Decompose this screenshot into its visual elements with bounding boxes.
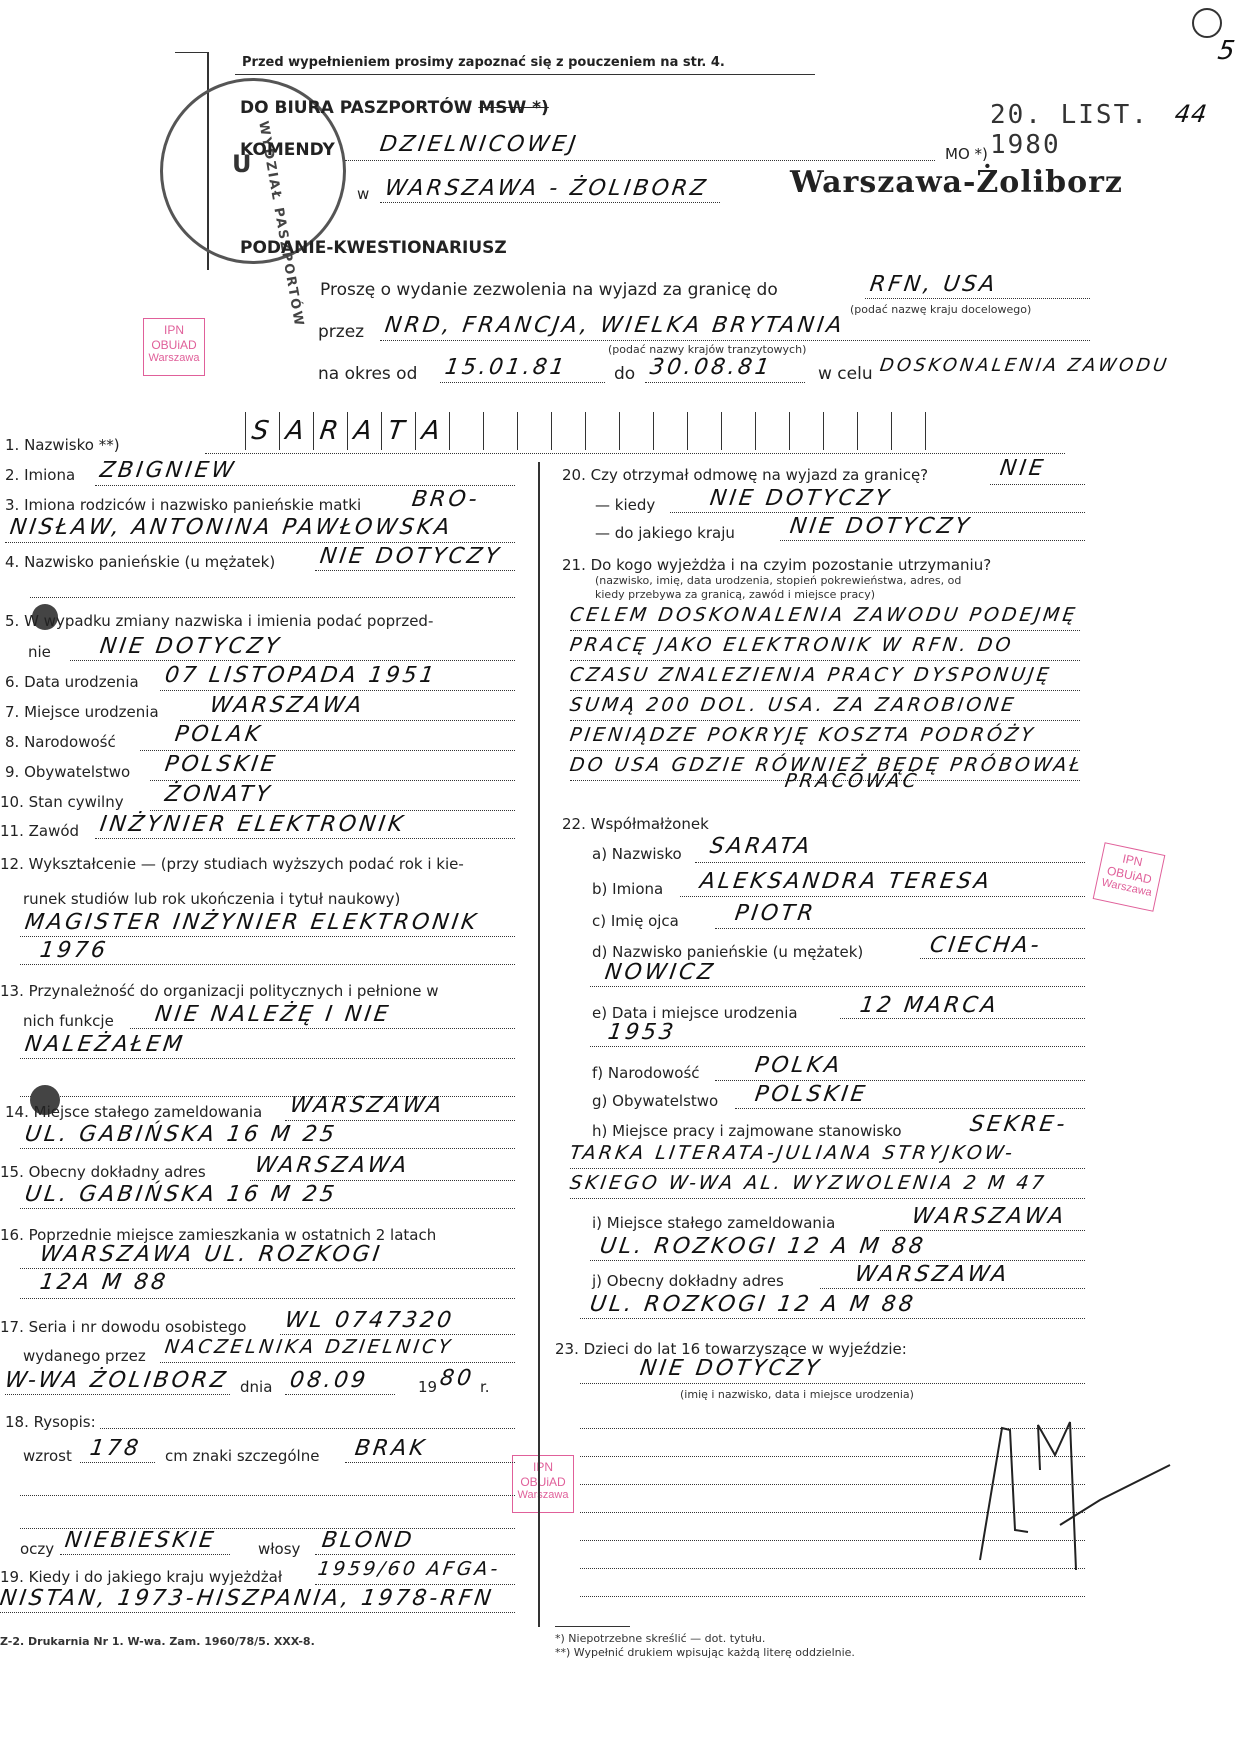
f22h-value2[interactable]: TARKA LITERATA-JULIANA STRYJKOW- [568, 1142, 1016, 1164]
f22d-line1 [920, 958, 1085, 959]
f20-label: 20. Czy otrzymał odmowę na wyjazd za gra… [562, 466, 928, 484]
period-to[interactable]: 30.08.81 [648, 355, 773, 380]
f16-value2[interactable]: 12A M 88 [38, 1270, 170, 1295]
f3-value1[interactable]: BRO- [410, 487, 481, 512]
f1-line [205, 453, 1065, 454]
f12-label: 12. Wykształcenie — (przy studiach wyższ… [0, 855, 464, 873]
f18-hair-line [315, 1554, 515, 1555]
letter-box [891, 412, 892, 450]
f17-label: 17. Seria i nr dowodu osobistego [0, 1318, 246, 1336]
f12-value2[interactable]: 1976 [38, 938, 110, 963]
f18-eyes-value[interactable]: NIEBIESKIE [63, 1528, 218, 1553]
purpose-value[interactable]: DOSKONALENIA ZAWODU [879, 355, 1171, 376]
f20-when-value[interactable]: NIE DOTYCZY [708, 486, 893, 511]
instruction-text: Przed wypełnieniem prosimy zapoznać się … [242, 55, 725, 70]
surname-letter: T [386, 416, 409, 446]
f15-line2 [20, 1208, 515, 1209]
via-label: przez [318, 322, 364, 342]
footnote-2: **) Wypełnić drukiem wpisując każdą lite… [555, 1646, 855, 1659]
margin-tick [175, 52, 207, 53]
f23-hint: (imię i nazwisko, data i miejsce urodzen… [680, 1388, 914, 1401]
f10-line [150, 810, 515, 811]
f12-line2 [20, 964, 515, 965]
transit-value[interactable]: NRD, FRANCJA, WIELKA BRYTANIA [383, 313, 846, 338]
letter-box [687, 412, 688, 450]
f21-answer-line: PIENIĄDZE POKRYJĘ KOSZTA PODRÓŻY [568, 724, 1037, 746]
letter-box [517, 412, 518, 450]
f19-label: 19. Kiedy i do jakiego kraju wyjeżdżał [0, 1568, 282, 1586]
f22h-value3[interactable]: SKIEGO W-WA AL. WYZWOLENIA 2 M 47 [568, 1172, 1048, 1194]
f21-label: 21. Do kogo wyjeżdża i na czyim pozostan… [562, 556, 991, 574]
printer-note: Z-2. Drukarnia Nr 1. W-wa. Zam. 1960/78/… [0, 1635, 315, 1648]
f5-value[interactable]: NIE DOTYCZY [98, 634, 283, 659]
f22d-line2 [590, 986, 1085, 987]
f22d-label: d) Nazwisko panieńskie (u mężatek) [592, 943, 863, 961]
letter-box [245, 412, 246, 450]
letter-box [551, 412, 552, 450]
f22f-value[interactable]: POLKA [753, 1053, 844, 1078]
f14-label: 14. Miejsce stałego zameldowania [5, 1103, 262, 1121]
surname-letter: R [318, 416, 343, 446]
f22e-line1 [840, 1018, 1085, 1019]
letter-box [619, 412, 620, 450]
komendy-line [345, 160, 935, 161]
f22i-line2 [590, 1260, 1085, 1261]
f12-line1 [20, 936, 515, 937]
letter-box [857, 412, 858, 450]
office-line: DO BIURA PASZPORTÓW MSW *) [240, 98, 549, 118]
letter-box [721, 412, 722, 450]
f18-eyes-label: oczy [20, 1540, 54, 1558]
footnote-rule [555, 1626, 630, 1627]
f22a-label: a) Nazwisko [592, 845, 682, 863]
f22j-label: j) Obecny dokładny adres [592, 1272, 784, 1290]
f22g-label: g) Obywatelstwo [592, 1092, 718, 1110]
f4-value[interactable]: NIE DOTYCZY [318, 544, 503, 569]
f17-date-label: dnia [240, 1378, 272, 1396]
f22h-line2 [570, 1168, 1085, 1169]
f8-value[interactable]: POLAK [173, 722, 264, 747]
f12-value1[interactable]: MAGISTER INŻYNIER ELEKTRONIK [23, 910, 480, 935]
komendy-value[interactable]: DZIELNICOWEJ [378, 132, 580, 157]
destination-hint: (podać nazwę kraju docelowego) [850, 303, 1031, 316]
f5-line [70, 660, 515, 661]
f21-rule [570, 720, 1080, 721]
instruction-underline [235, 74, 815, 75]
footnote-1: *) Niepotrzebne skreślić — dot. tytułu. [555, 1632, 765, 1645]
f20-value[interactable]: NIE [998, 456, 1047, 481]
f22j-value1[interactable]: WARSZAWA [853, 1262, 1011, 1287]
district-stamp: Warszawa-Żoliborz [790, 165, 1123, 200]
f15-value1[interactable]: WARSZAWA [253, 1153, 411, 1178]
f22i-label: i) Miejsce stałego zameldowania [592, 1214, 835, 1232]
f18-marks-line [345, 1462, 515, 1463]
f21-hint1: (nazwisko, imię, data urodzenia, stopień… [595, 574, 961, 587]
ipn-stamp-right: IPN OBUiAD Warszawa [1093, 842, 1166, 912]
corner-number: 5 [1216, 36, 1237, 66]
f22b-value[interactable]: ALEKSANDRA TERESA [698, 869, 993, 894]
f22e-value2[interactable]: 1953 [606, 1020, 678, 1045]
f22i-value2[interactable]: UL. ROZKOGI 12 A M 88 [598, 1234, 927, 1259]
f10-label: 10. Stan cywilny [0, 793, 124, 811]
f14-value1[interactable]: WARSZAWA [288, 1093, 446, 1118]
f3-line [5, 542, 515, 543]
f18-hair-label: włosy [258, 1540, 300, 1558]
signature [940, 1410, 1180, 1580]
f17-year-suffix: r. [480, 1378, 490, 1396]
f17-issued-line2 [5, 1394, 230, 1395]
f22a-value[interactable]: SARATA [708, 834, 814, 859]
f12-label2: runek studiów lub rok ukończenia i tytuł… [23, 890, 400, 908]
letter-box [381, 412, 382, 450]
f5-label2: nie [28, 643, 51, 661]
f21-answer-line: CELEM DOSKONALENIA ZAWODU PODEJMĘ [568, 604, 1079, 626]
f13-label: 13. Przynależność do organizacji polityc… [0, 982, 439, 1000]
period-to-line [645, 382, 805, 383]
f22c-line [715, 928, 1085, 929]
surname-letter: A [420, 416, 445, 446]
f14-line1 [285, 1120, 515, 1121]
f18-height-value[interactable]: 178 [88, 1436, 143, 1461]
f20-country-label: — do jakiego kraju [595, 524, 735, 542]
f19-line1 [315, 1584, 515, 1585]
f5-label-text: 5. W wypadku zmiany nazwiska i imienia p… [5, 612, 433, 630]
f17-year-value[interactable]: 80 [438, 1366, 476, 1391]
f22j-line1 [820, 1288, 1085, 1289]
f13-label2: nich funkcje [23, 1012, 114, 1030]
f8-line [140, 750, 515, 751]
f21-answer-line: CZASU ZNALEZIENIA PRACY DYSPONUJĘ [568, 664, 1053, 686]
f15-line1 [250, 1180, 515, 1181]
f22f-line [715, 1080, 1085, 1081]
f18-marks-value[interactable]: BRAK [353, 1436, 428, 1461]
f3-value2[interactable]: NISŁAW, ANTONINA PAWŁOWSKA [8, 515, 454, 540]
f22i-value1[interactable]: WARSZAWA [910, 1204, 1068, 1229]
f18-height-label: wzrost [23, 1447, 72, 1465]
f7-value[interactable]: WARSZAWA [208, 693, 366, 718]
f4-label: 4. Nazwisko panieńskie (u mężatek) [5, 553, 275, 571]
f8-label: 8. Narodowość [5, 733, 116, 751]
f5-label: 5. W wypadku zmiany nazwiska i imienia p… [5, 612, 433, 630]
f22e-value1[interactable]: 12 MARCA [858, 993, 1000, 1018]
f21-rule [570, 690, 1080, 691]
f22h-label: h) Miejsce pracy i zajmowane stanowisko [592, 1122, 902, 1140]
f22e-line2 [590, 1046, 1085, 1047]
letter-box [789, 412, 790, 450]
period-from-line [440, 382, 605, 383]
f18-label: 18. Rysopis: [5, 1413, 96, 1431]
f22h-value1[interactable]: SEKRE- [968, 1112, 1069, 1137]
f6-line [160, 690, 515, 691]
f21-rule [570, 750, 1080, 751]
f22g-line [735, 1108, 1085, 1109]
f21-rule [570, 630, 1080, 631]
w-value[interactable]: WARSZAWA - ŻOLIBORZ [383, 176, 710, 201]
f4-line [315, 570, 515, 571]
office-struck: MSW *) [478, 98, 549, 118]
f6-value[interactable]: 07 LISTOPADA 1951 [163, 663, 438, 688]
f20-when-label: — kiedy [595, 496, 655, 514]
letter-box [279, 412, 280, 450]
ipn-line3: Warszawa [513, 1487, 573, 1504]
surname-letter: A [284, 416, 309, 446]
f20-country-line [780, 540, 1085, 541]
f19-value1[interactable]: 1959/60 AFGA- [316, 1558, 502, 1580]
period-label: na okres od [318, 364, 417, 384]
f13-line1 [130, 1028, 515, 1029]
f22c-label: c) Imię ojca [592, 912, 679, 930]
f22g-value[interactable]: POLSKIE [753, 1082, 869, 1107]
letter-box [823, 412, 824, 450]
f22b-label: b) Imiona [592, 880, 663, 898]
f6-label: 6. Data urodzenia [5, 673, 139, 691]
transit-line [380, 340, 1090, 341]
f17-line [280, 1334, 515, 1335]
f9-value[interactable]: POLSKIE [163, 752, 279, 777]
period-to-label: do [614, 364, 635, 384]
f9-line [150, 780, 515, 781]
f18-line [100, 1428, 515, 1429]
f16-value1[interactable]: WARSZAWA UL. ROZKOGI [38, 1242, 384, 1267]
letter-box [653, 412, 654, 450]
purpose-label: w celu [818, 364, 873, 384]
letter-box [347, 412, 348, 450]
f13-value1[interactable]: NIE NALEŻĘ I NIE [153, 1002, 392, 1027]
surname-letter-boxes[interactable]: SARATA [245, 412, 965, 452]
f17-issued-value[interactable]: NACZELNIKA DZIELNICY [163, 1336, 454, 1358]
f13-value2[interactable]: NALEŻAŁEM [23, 1032, 187, 1057]
corner-mark: 44 [1173, 100, 1209, 128]
f21-answer-line: PRACOWAĆ [783, 770, 920, 792]
f2-label: 2. Imiona [5, 466, 75, 484]
surname-letter: A [352, 416, 377, 446]
f21-rule [570, 660, 1080, 661]
surname-letter: S [250, 416, 274, 446]
f7-label: 7. Miejsce urodzenia [5, 703, 159, 721]
f18-eyes-line [60, 1554, 230, 1555]
letter-box [585, 412, 586, 450]
f21-hint2: kiedy przebywa za granicą, zawód i miejs… [595, 588, 875, 601]
f20-country-value[interactable]: NIE DOTYCZY [788, 514, 973, 539]
f22c-value[interactable]: PIOTR [733, 901, 817, 926]
f2-line [95, 485, 515, 486]
f23-line [580, 1383, 1085, 1384]
f22i-line1 [880, 1230, 1085, 1231]
f22d-value2[interactable]: NOWICZ [603, 960, 717, 985]
f10-value[interactable]: ŻONATY [163, 782, 274, 807]
ipn-line3: Warszawa [144, 350, 204, 367]
letter-box [483, 412, 484, 450]
f15-label: 15. Obecny dokładny adres [0, 1163, 206, 1181]
f17-date-value[interactable]: 08.09 [288, 1368, 369, 1393]
f18-cm-label: cm znaki szczególne [165, 1447, 319, 1465]
f16-line2 [20, 1298, 515, 1299]
f23-value[interactable]: NIE DOTYCZY [638, 1356, 823, 1381]
f17-issued-label: wydanego przez [23, 1347, 146, 1365]
f4-line2 [30, 597, 515, 598]
f18-height-line [80, 1462, 155, 1463]
mo-label: MO *) [945, 145, 988, 163]
f13-line2 [20, 1058, 515, 1059]
f22-label: 22. Współmałżonek [562, 815, 709, 833]
f21-answer-line: SUMĄ 200 DOL. USA. ZA ZAROBIONE [568, 694, 1017, 716]
f22j-value2[interactable]: UL. ROZKOGI 12 A M 88 [588, 1292, 917, 1317]
w-line [380, 202, 720, 203]
f19-line2 [0, 1612, 515, 1613]
f20-when-line [670, 512, 1085, 513]
f22b-line [680, 896, 1085, 897]
ipn-stamp-top: IPN OBUiAD Warszawa [143, 318, 205, 376]
letter-box [415, 412, 416, 450]
f2-value[interactable]: ZBIGNIEW [98, 458, 238, 483]
f17-issued-line [160, 1362, 515, 1363]
f22f-label: f) Narodowość [592, 1064, 700, 1082]
f18-line2 [20, 1495, 515, 1496]
letter-box [925, 412, 926, 450]
f22j-line2 [580, 1318, 1085, 1319]
office-line-text: DO BIURA PASZPORTÓW [240, 98, 472, 118]
f11-line [95, 838, 515, 839]
destination-value[interactable]: RFN, USA [868, 272, 999, 297]
f17-value[interactable]: WL 0747320 [283, 1308, 455, 1333]
f21-answer-line: PRACĘ JAKO ELEKTRONIK W RFN. DO [568, 634, 1015, 656]
f14-value2[interactable]: UL. GABIŃSKA 16 M 25 [23, 1122, 338, 1147]
corner-circle-mark [1192, 8, 1222, 38]
f15-value2[interactable]: UL. GABIŃSKA 16 M 25 [23, 1182, 338, 1207]
request-label: Proszę o wydanie zezwolenia na wyjazd za… [320, 280, 778, 300]
f22d-value1[interactable]: CIECHA- [928, 933, 1043, 958]
destination-line [865, 298, 1090, 299]
f16-line1 [20, 1268, 515, 1269]
form-title: PODANIE-KWESTIONARIUSZ [240, 238, 507, 258]
f7-line [180, 720, 515, 721]
f18-hair-value[interactable]: BLOND [320, 1528, 416, 1553]
f22a-line [695, 862, 1085, 863]
w-label: w [357, 185, 369, 203]
f22h-line3 [570, 1198, 1085, 1199]
f9-label: 9. Obywatelstwo [5, 763, 130, 781]
f20-line [990, 484, 1085, 485]
komendy-label: KOMENDY [240, 140, 335, 160]
letter-box [449, 412, 450, 450]
f17-date-line [285, 1394, 395, 1395]
f14-line2 [20, 1148, 515, 1149]
ipn-stamp-bottom: IPN OBUiAD Warszawa [512, 1455, 574, 1513]
blank-rule [580, 1596, 1085, 1597]
period-from[interactable]: 15.01.81 [443, 355, 568, 380]
f3-label: 3. Imiona rodziców i nazwisko panieńskie… [5, 496, 361, 514]
f11-value[interactable]: INŻYNIER ELEKTRONIK [98, 812, 407, 837]
f19-value2[interactable]: NISTAN, 1973-HISZPANIA, 1978-RFN [0, 1586, 496, 1611]
letter-box [755, 412, 756, 450]
f17-year-prefix: 19 [418, 1378, 437, 1396]
f1-label: 1. Nazwisko **) [5, 436, 120, 454]
letter-box [313, 412, 314, 450]
column-divider [538, 462, 540, 1627]
f17-issued-value2[interactable]: W-WA ŻOLIBORZ [3, 1368, 230, 1393]
f11-label: 11. Zawód [0, 822, 79, 840]
